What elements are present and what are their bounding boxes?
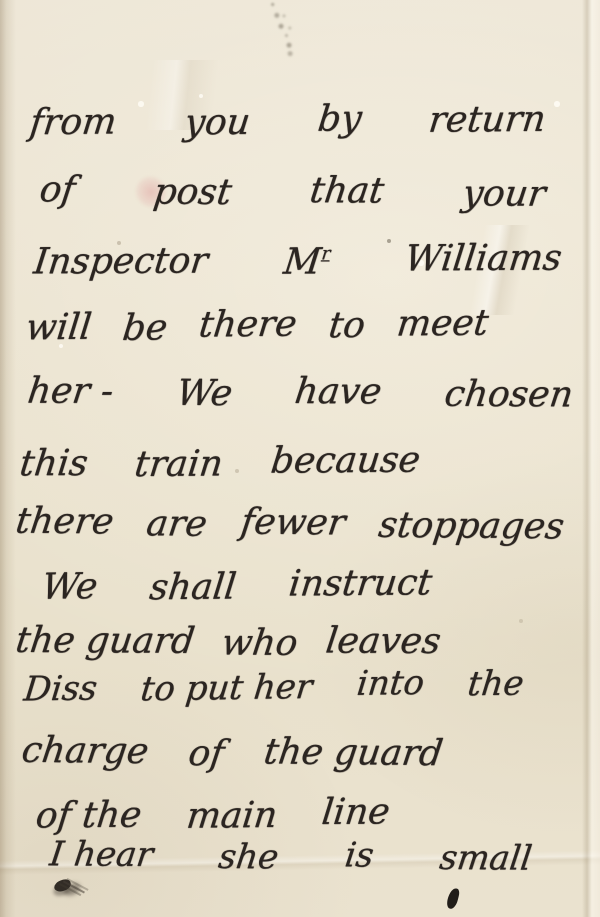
word: because: [269, 440, 423, 482]
surname: Williams: [403, 238, 564, 280]
letter-line-8: We shall instruct: [42, 563, 432, 607]
letter-line-13: I hear she is small: [50, 834, 532, 877]
honorific-mr: Mr: [281, 241, 331, 282]
word: to: [326, 305, 367, 346]
word: to put her: [139, 667, 315, 709]
word: line: [320, 791, 392, 833]
word: leaves: [323, 621, 443, 663]
word: be: [121, 307, 170, 349]
word: have: [293, 371, 385, 412]
word: your: [460, 173, 548, 215]
letter-line-5: her - We have chosen: [28, 371, 573, 415]
honorific-base: M: [281, 241, 323, 282]
letter-line-6: this train because: [20, 441, 420, 485]
word: small: [438, 838, 535, 879]
word: We: [174, 373, 235, 414]
word: post: [151, 172, 234, 214]
word: Diss: [22, 668, 99, 709]
word: train: [133, 443, 226, 485]
word: instruct: [287, 562, 434, 604]
letter-line-2: of post that your: [40, 169, 545, 214]
ink-spot: [446, 887, 461, 910]
word: of: [37, 169, 77, 210]
word: charge: [19, 730, 151, 772]
word: shall: [148, 566, 239, 608]
letter-line-4: will be there to meet: [26, 303, 488, 349]
letter-line-12: of the main line: [36, 792, 390, 836]
word: We: [40, 566, 100, 608]
word: Inspector: [32, 240, 211, 282]
word: return: [427, 99, 548, 141]
word: are: [144, 503, 209, 544]
word: this: [18, 443, 90, 485]
word: of the: [34, 795, 144, 837]
word: stoppages: [376, 505, 566, 548]
word: there: [197, 304, 299, 346]
letter-line-11: charge of the guard: [22, 730, 442, 775]
word: by: [316, 98, 364, 139]
honorific-superscript: r: [320, 243, 331, 264]
word: the guard: [13, 620, 197, 662]
letter-page: from you by return of post that your Ins…: [0, 0, 600, 917]
word: of: [186, 733, 226, 774]
word: from: [28, 101, 119, 143]
ink-blot: [50, 876, 80, 900]
letter-line-7: there are fewer stoppages: [16, 501, 564, 547]
word: fewer: [239, 502, 348, 544]
word: into: [355, 663, 426, 704]
letter-line-1: from you by return: [30, 98, 546, 144]
paper-left-edge: [0, 0, 16, 917]
paper-specks: [0, 0, 2, 2]
word: you: [182, 102, 252, 144]
letter-line-3: Inspector Mr Williams: [34, 239, 562, 283]
word: her -: [25, 371, 116, 412]
word: the guard: [261, 731, 445, 774]
word: who: [219, 622, 300, 663]
letter-line-10: Diss to put her into the: [24, 663, 525, 710]
paper-right-fold: [582, 0, 600, 917]
word: she: [217, 837, 282, 877]
word: will: [24, 307, 94, 349]
word: is: [343, 835, 377, 875]
word: chosen: [442, 374, 575, 416]
word: main: [184, 795, 279, 837]
word: meet: [394, 303, 490, 345]
word: that: [308, 170, 387, 211]
word: the: [466, 663, 526, 704]
word: there: [13, 501, 116, 543]
word: I hear: [47, 834, 155, 875]
letter-line-9: the guard who leaves: [16, 620, 440, 663]
